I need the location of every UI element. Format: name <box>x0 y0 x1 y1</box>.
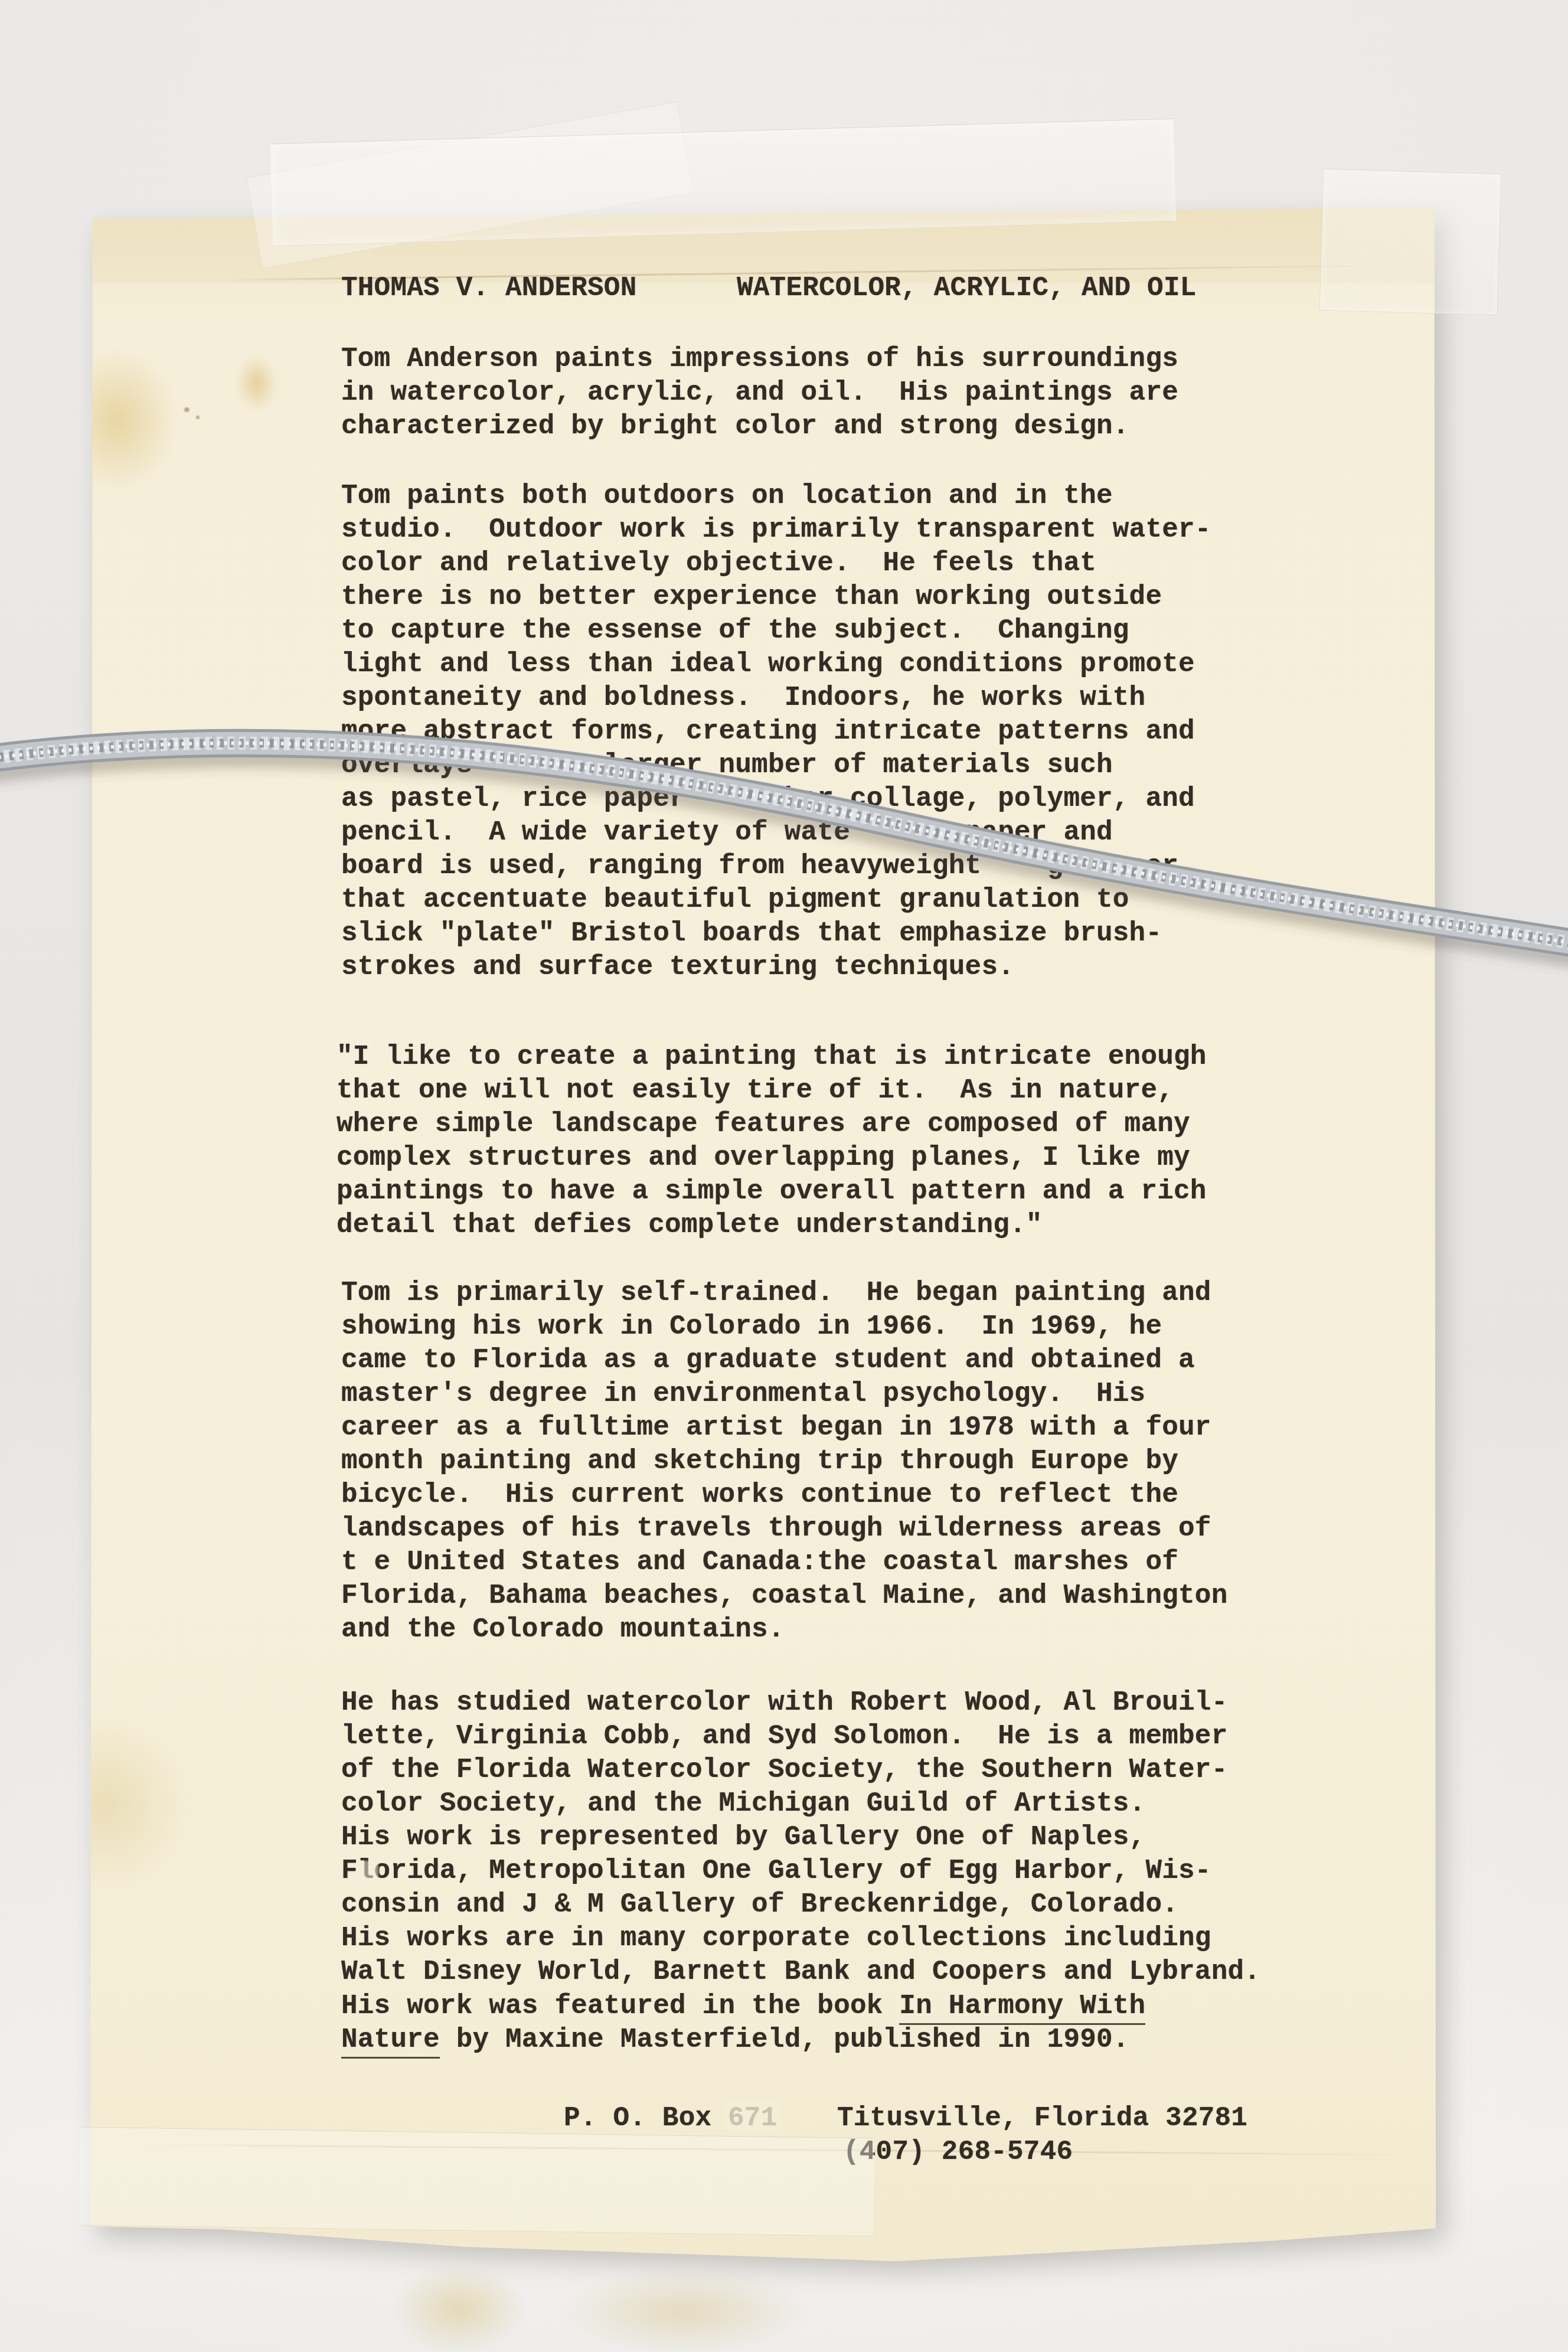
picture-hanging-wire <box>0 0 1568 2352</box>
braided-wire-strokes <box>0 743 1568 943</box>
photo-scene: THOMAS V. ANDERSON WATERCOLOR, ACRYLIC, … <box>0 0 1568 2352</box>
